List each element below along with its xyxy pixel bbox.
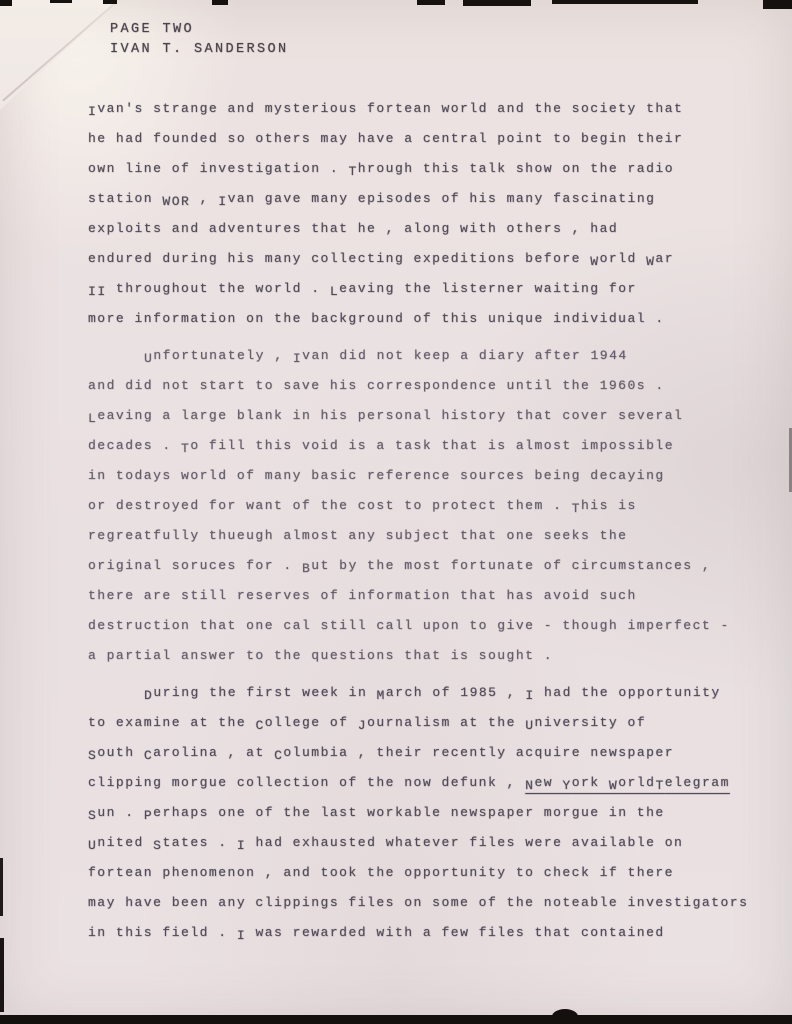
text-segment: During the first week in March of 1985 ,… bbox=[144, 685, 721, 703]
scan-edge-mark bbox=[212, 0, 228, 5]
page-number-label: PAGE TWO bbox=[110, 20, 289, 40]
scan-edge-mark bbox=[552, 0, 698, 4]
author-name-label: IVAN T. SANDERSON bbox=[110, 40, 289, 60]
text-segment: South Carolina , at Columbia , their rec… bbox=[88, 745, 674, 763]
scan-edge-mark bbox=[103, 0, 117, 4]
text-line: a partial answer to the questions that i… bbox=[88, 641, 768, 671]
text-segment: destruction that one cal still call upon… bbox=[88, 618, 730, 633]
text-segment: fortean phenomenon , and took the opport… bbox=[88, 865, 674, 880]
body-text: Ivan's strange and mysterious fortean wo… bbox=[88, 94, 768, 948]
text-line: decades . To fill this void is a task th… bbox=[88, 431, 768, 461]
text-line: South Carolina , at Columbia , their rec… bbox=[88, 738, 768, 768]
page-header: PAGE TWO IVAN T. SANDERSON bbox=[110, 20, 289, 60]
underlined-publication-title: New York WorldTelegram bbox=[525, 775, 730, 793]
text-segment: Ivan's strange and mysterious fortean wo… bbox=[88, 101, 683, 119]
scan-edge-mark bbox=[50, 0, 72, 3]
text-segment: he had founded so others may have a cent… bbox=[88, 131, 683, 146]
text-segment: may have been any clippings files on som… bbox=[88, 895, 748, 910]
text-segment: Unfortunately , Ivan did not keep a diar… bbox=[144, 348, 628, 366]
text-line: original soruces for . But by the most f… bbox=[88, 551, 768, 581]
text-segment: endured during his many collecting exped… bbox=[88, 251, 674, 269]
text-line: Leaving a large blank in his personal hi… bbox=[88, 401, 768, 431]
scan-edge-mark bbox=[0, 938, 4, 1012]
text-line: in this field . I was rewarded with a fe… bbox=[88, 918, 768, 948]
text-line: to examine at the College of Journalism … bbox=[88, 708, 768, 738]
text-segment: to examine at the College of Journalism … bbox=[88, 715, 646, 733]
text-line: own line of investigation . Through this… bbox=[88, 154, 768, 184]
text-line: in todays world of many basic reference … bbox=[88, 461, 768, 491]
text-segment: United States . I had exhausted whatever… bbox=[88, 835, 683, 853]
text-line: destruction that one cal still call upon… bbox=[88, 611, 768, 641]
text-line: more information on the background of th… bbox=[88, 304, 768, 334]
scan-edge-mark bbox=[0, 858, 3, 916]
text-line: During the first week in March of 1985 ,… bbox=[88, 678, 768, 708]
scan-edge-mark bbox=[763, 0, 792, 9]
text-line: he had founded so others may have a cent… bbox=[88, 124, 768, 154]
text-segment: station WOR , Ivan gave many episodes of… bbox=[88, 191, 655, 209]
text-segment: Leaving a large blank in his personal hi… bbox=[88, 408, 683, 426]
paragraph: Ivan's strange and mysterious fortean wo… bbox=[88, 94, 768, 334]
text-line: or destroyed for want of the cost to pro… bbox=[88, 491, 768, 521]
text-segment: regreatfully thueugh almost any subject … bbox=[88, 528, 627, 543]
text-line: there are still reserves of information … bbox=[88, 581, 768, 611]
scan-bottom-edge bbox=[0, 1015, 792, 1024]
scan-edge-mark bbox=[463, 0, 531, 6]
paragraph: During the first week in March of 1985 ,… bbox=[88, 678, 768, 948]
text-line: clipping morgue collection of the now de… bbox=[88, 768, 768, 798]
text-line: station WOR , Ivan gave many episodes of… bbox=[88, 184, 768, 214]
scan-edge-mark bbox=[0, 0, 12, 6]
text-segment: decades . To fill this void is a task th… bbox=[88, 438, 674, 456]
text-segment: in todays world of many basic reference … bbox=[88, 468, 665, 483]
text-line: exploits and adventures that he , along … bbox=[88, 214, 768, 244]
text-segment: more information on the background of th… bbox=[88, 311, 665, 326]
text-segment: II throughout the world . Leaving the li… bbox=[88, 281, 637, 299]
text-line: fortean phenomenon , and took the opport… bbox=[88, 858, 768, 888]
text-line: Ivan's strange and mysterious fortean wo… bbox=[88, 94, 768, 124]
text-segment: in this field . I was rewarded with a fe… bbox=[88, 925, 665, 943]
text-line: endured during his many collecting exped… bbox=[88, 244, 768, 274]
text-line: regreatfully thueugh almost any subject … bbox=[88, 521, 768, 551]
text-segment: there are still reserves of information … bbox=[88, 588, 637, 603]
text-line: may have been any clippings files on som… bbox=[88, 888, 768, 918]
text-segment: original soruces for . But by the most f… bbox=[88, 558, 711, 576]
scan-edge-mark bbox=[417, 0, 445, 5]
text-segment: Sun . Perhaps one of the last workable n… bbox=[88, 805, 665, 823]
text-segment: exploits and adventures that he , along … bbox=[88, 221, 618, 236]
text-segment: clipping morgue collection of the now de… bbox=[88, 775, 525, 790]
text-line: and did not start to save his correspond… bbox=[88, 371, 768, 401]
text-line: Sun . Perhaps one of the last workable n… bbox=[88, 798, 768, 828]
scanned-page: PAGE TWO IVAN T. SANDERSON Ivan's strang… bbox=[0, 0, 792, 1024]
text-segment: and did not start to save his correspond… bbox=[88, 378, 665, 393]
text-segment: or destroyed for want of the cost to pro… bbox=[88, 498, 637, 516]
text-segment: a partial answer to the questions that i… bbox=[88, 648, 553, 663]
text-line: Unfortunately , Ivan did not keep a diar… bbox=[88, 341, 768, 371]
text-line: United States . I had exhausted whatever… bbox=[88, 828, 768, 858]
paragraph: Unfortunately , Ivan did not keep a diar… bbox=[88, 341, 768, 671]
text-segment: own line of investigation . Through this… bbox=[88, 161, 674, 179]
text-line: II throughout the world . Leaving the li… bbox=[88, 274, 768, 304]
